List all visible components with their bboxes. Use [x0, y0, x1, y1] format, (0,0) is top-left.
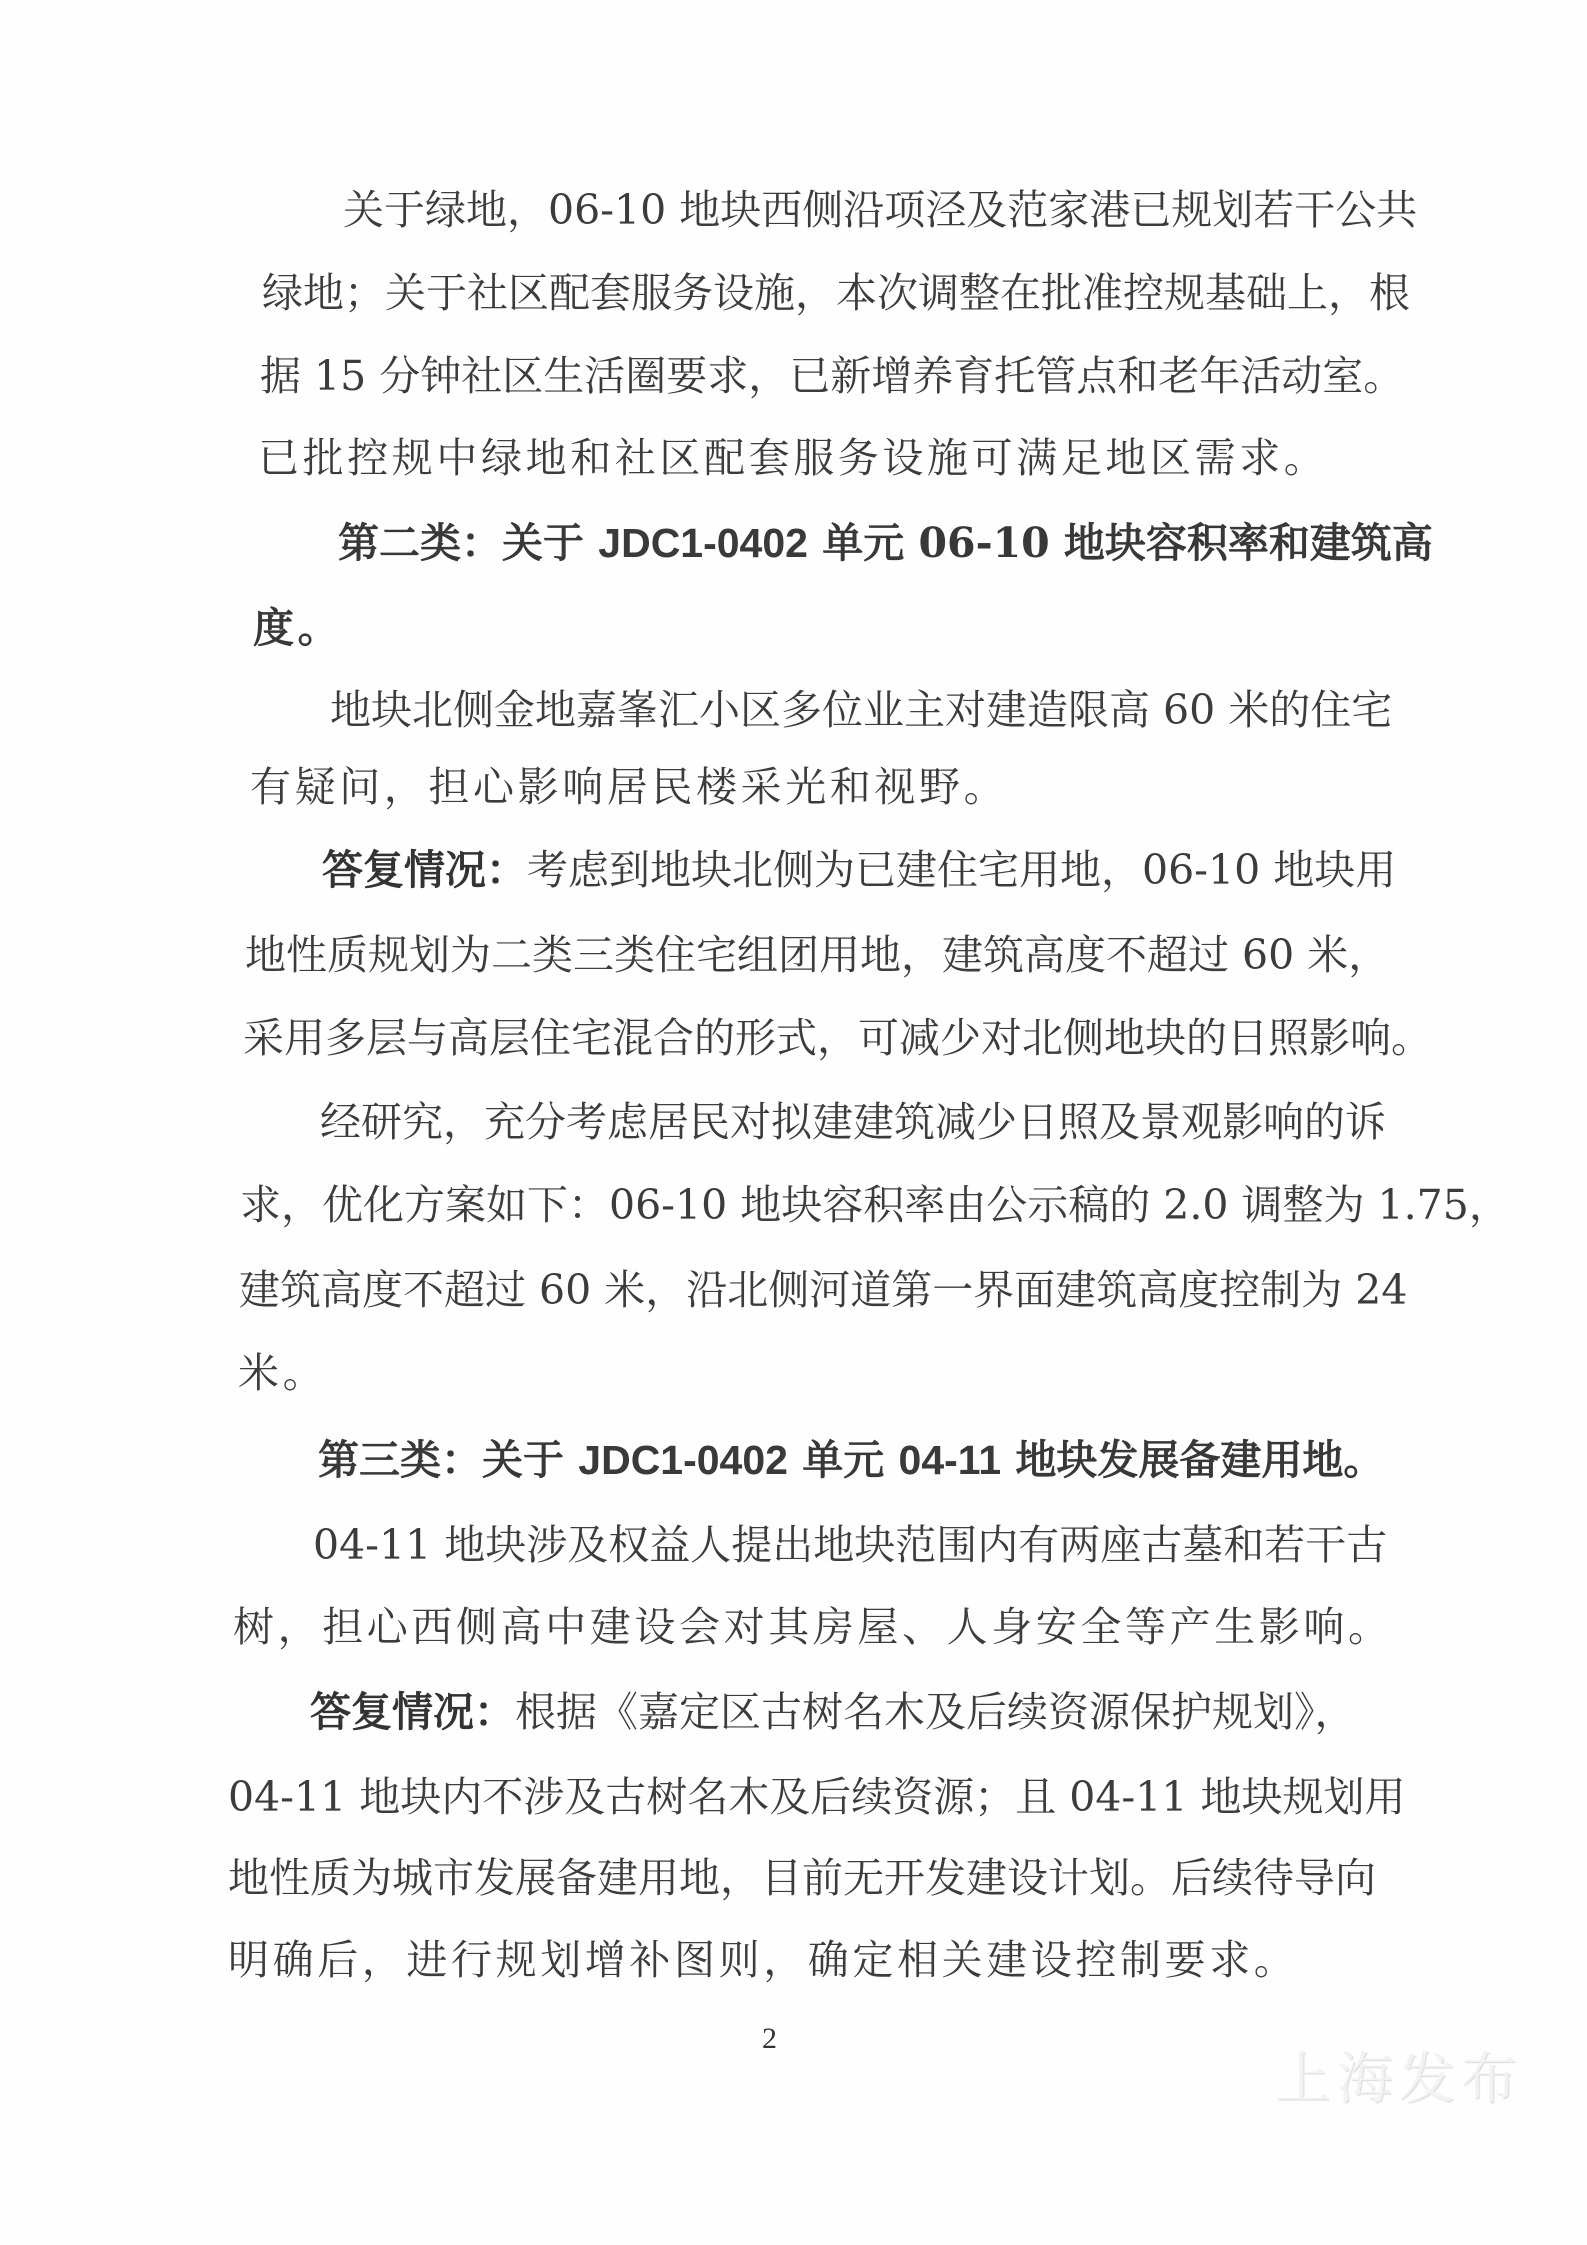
unit-code: JDC1-0402	[598, 520, 808, 566]
section-heading-2-cont: 度。	[253, 598, 653, 658]
heading-prefix: 第三类：关于	[318, 1436, 578, 1484]
body-line: 有疑问，担心影响居民楼采光和视野。	[250, 757, 1150, 817]
body-line: 地性质为城市发展备建用地，目前无开发建设计划。后续待导向	[228, 1848, 1328, 1908]
plot-code: 04-11	[899, 1437, 1002, 1483]
body-line: 明确后，进行规划增补图则，确定相关建设控制要求。	[228, 1930, 1328, 1990]
heading-text: 单元 06-10 地块容积率和建筑高	[808, 519, 1433, 567]
watermark-logo: 上海发布	[1275, 2050, 1523, 2110]
reply-text: 根据《嘉定区古树名木及后续资源保护规划》，	[515, 1688, 1356, 1736]
body-line: 求，优化方案如下：06-10 地块容积率由公示稿的 2.0 调整为 1.75，	[240, 1175, 1352, 1235]
reply-label: 答复情况：	[310, 1688, 515, 1736]
body-line: 04-11 地块涉及权益人提出地块范围内有两座古墓和若干古	[313, 1515, 1338, 1575]
reply-label: 答复情况：	[322, 846, 527, 894]
section-heading-3: 第三类：关于 JDC1-0402 单元 04-11 地块发展备建用地。	[318, 1430, 1318, 1490]
body-line: 建筑高度不超过 60 米，沿北侧河道第一界面建筑高度控制为 24	[239, 1260, 1342, 1320]
body-line: 04-11 地块内不涉及古树名木及后续资源；且 04-11 地块规划用	[228, 1767, 1328, 1827]
heading-text: 地块发展备建用地。	[1001, 1436, 1384, 1484]
body-line: 绿地；关于社区配套服务设施，本次调整在批准控规基础上，根	[262, 263, 1359, 323]
body-line: 地块北侧金地嘉峯汇小区多位业主对建造限高 60 米的住宅	[330, 680, 1350, 740]
body-line: 米。	[238, 1343, 438, 1403]
body-line: 采用多层与高层住宅混合的形式，可减少对北侧地块的日照影响。	[243, 1008, 1353, 1068]
body-line: 地性质规划为二类三类住宅组团用地，建筑高度不超过 60 米，	[245, 925, 1335, 985]
section-heading-2: 第二类：关于 JDC1-0402 单元 06-10 地块容积率和建筑高	[338, 513, 1352, 573]
body-line: 树，担心西侧高中建设会对其房屋、人身安全等产生影响。	[233, 1597, 1233, 1657]
unit-code: JDC1-0402	[578, 1437, 788, 1483]
reply-line: 答复情况：根据《嘉定区古树名木及后续资源保护规划》，	[310, 1682, 1340, 1742]
heading-prefix: 第二类：关于	[338, 519, 598, 567]
reply-text: 考虑到地块北侧为已建住宅用地，06-10 地块用	[527, 846, 1396, 894]
body-line: 经研究，充分考虑居民对拟建建筑减少日照及景观影响的诉	[320, 1092, 1345, 1152]
body-line: 据 15 分钟社区生活圈要求，已新增养育托管点和老年活动室。	[260, 346, 1358, 406]
document-page: 关于绿地，06-10 地块西侧沿项泾及范家港已规划若干公共 绿地；关于社区配套服…	[0, 0, 1587, 2245]
body-line: 已批控规中绿地和社区配套服务设施可满足地区需求。	[258, 428, 1258, 488]
body-line: 关于绿地，06-10 地块西侧沿项泾及范家港已规划若干公共	[343, 180, 1360, 240]
reply-line: 答复情况：考虑到地块北侧为已建住宅用地，06-10 地块用	[322, 840, 1348, 900]
page-number: 2	[762, 2016, 777, 2062]
heading-text: 单元	[788, 1436, 899, 1484]
